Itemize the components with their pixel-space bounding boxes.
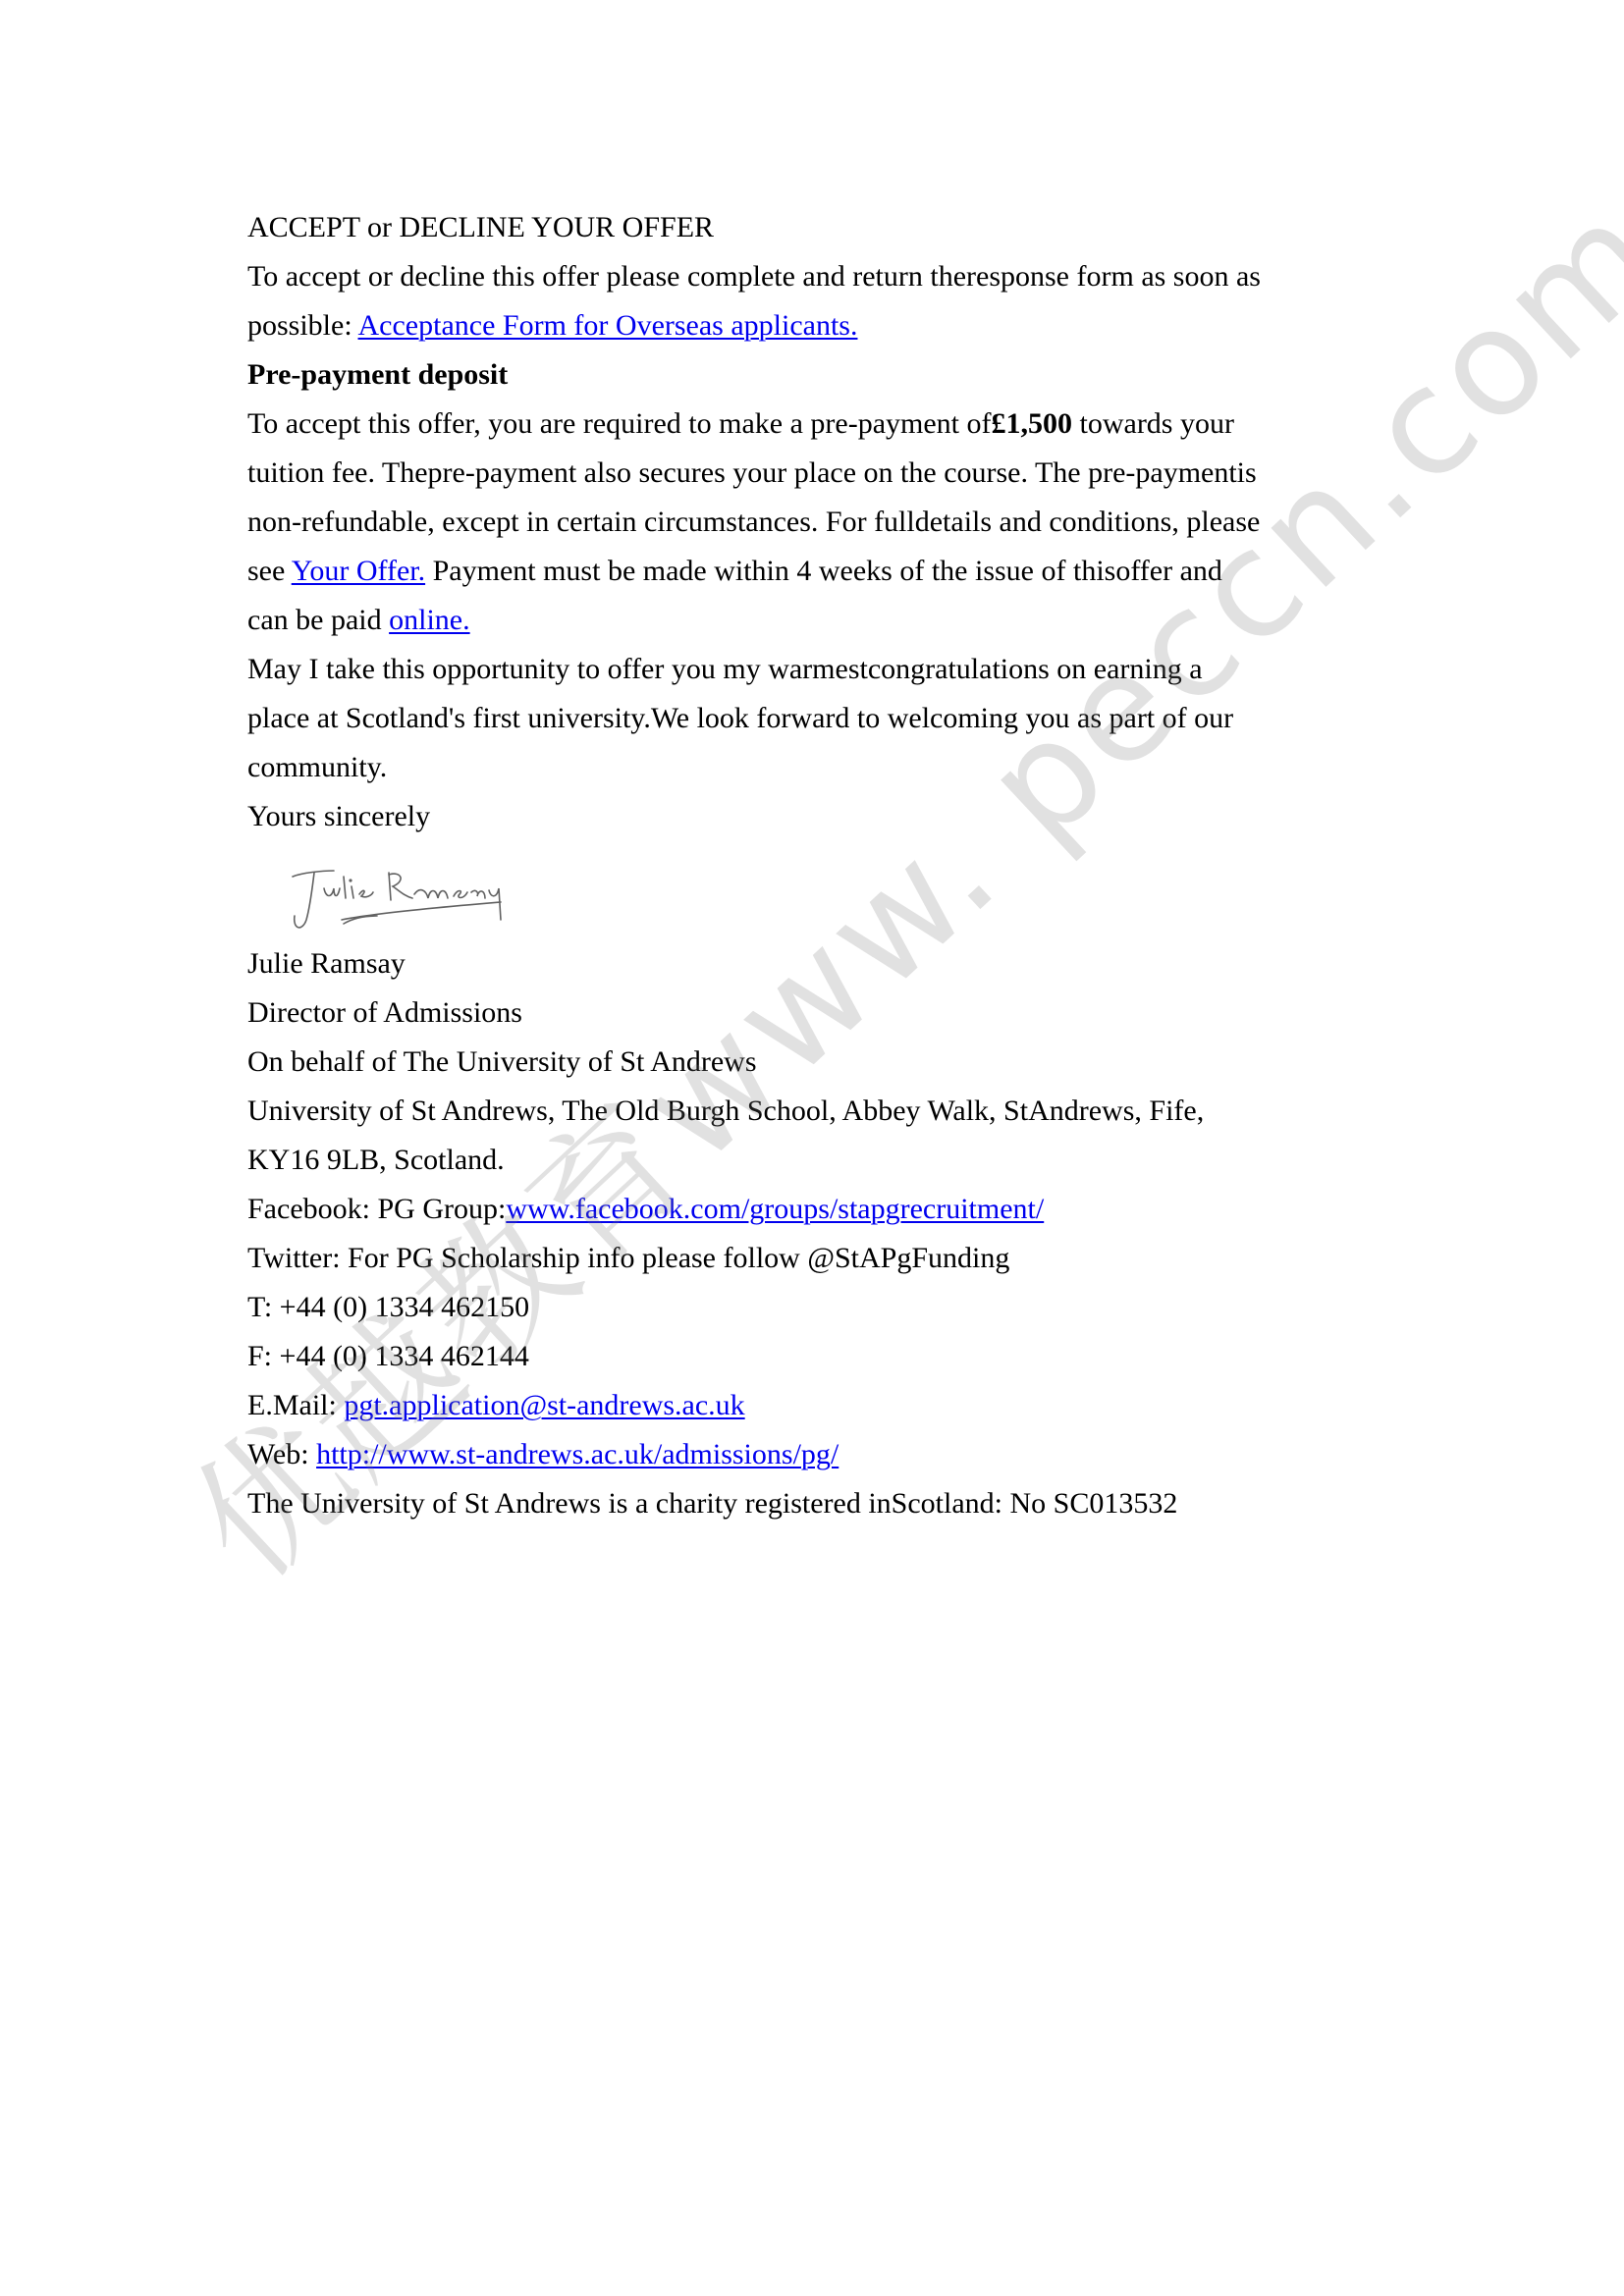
charity-line: The University of St Andrews is a charit…: [247, 1479, 1386, 1528]
deposit-line-4-prefix: see: [247, 555, 292, 587]
accept-intro-line-2: possible: Acceptance Form for Overseas a…: [247, 301, 1386, 350]
facebook-label: Facebook: PG Group:: [247, 1193, 506, 1225]
web-link[interactable]: http://www.st-andrews.ac.uk/admissions/p…: [316, 1438, 839, 1470]
deposit-amount: £1,500: [992, 407, 1073, 440]
signatory-on-behalf: On behalf of The University of St Andrew…: [247, 1038, 1386, 1087]
email-label: E.Mail:: [247, 1389, 344, 1421]
email-line: E.Mail: pgt.application@st-andrews.ac.uk: [247, 1381, 1386, 1430]
facebook-line: Facebook: PG Group:www.facebook.com/grou…: [247, 1185, 1386, 1234]
acceptance-form-link[interactable]: Acceptance Form for Overseas applicants.: [358, 309, 858, 342]
section-heading: ACCEPT or DECLINE YOUR OFFER: [247, 203, 1386, 252]
facebook-link[interactable]: www.facebook.com/groups/stapgrecruitment…: [506, 1193, 1044, 1225]
pay-online-link[interactable]: online.: [389, 604, 470, 636]
deposit-title: Pre-payment deposit: [247, 350, 1386, 400]
congrats-line-2: place at Scotland's first university.We …: [247, 694, 1386, 743]
deposit-line-2: tuition fee. Thepre-payment also secures…: [247, 449, 1386, 498]
accept-intro-line-1: To accept or decline this offer please c…: [247, 252, 1386, 301]
deposit-line-4-suffix: Payment must be made within 4 weeks of t…: [425, 555, 1222, 587]
signature-block: [247, 841, 1386, 939]
web-line: Web: http://www.st-andrews.ac.uk/admissi…: [247, 1430, 1386, 1479]
letter-body: ACCEPT or DECLINE YOUR OFFER To accept o…: [247, 203, 1386, 1528]
deposit-line-4: see Your Offer. Payment must be made wit…: [247, 547, 1386, 596]
deposit-line-1: To accept this offer, you are required t…: [247, 400, 1386, 449]
congrats-line-3: community.: [247, 743, 1386, 792]
your-offer-link[interactable]: Your Offer.: [292, 555, 425, 587]
twitter-line: Twitter: For PG Scholarship info please …: [247, 1234, 1386, 1283]
congrats-line-1: May I take this opportunity to offer you…: [247, 645, 1386, 694]
phone-line: T: +44 (0) 1334 462150: [247, 1283, 1386, 1332]
address-line-2: KY16 9LB, Scotland.: [247, 1136, 1386, 1185]
accept-intro-prefix: possible:: [247, 309, 358, 342]
deposit-line-1-prefix: To accept this offer, you are required t…: [247, 407, 992, 440]
fax-line: F: +44 (0) 1334 462144: [247, 1332, 1386, 1381]
web-label: Web:: [247, 1438, 316, 1470]
signature-icon: [283, 859, 518, 941]
address-line-1: University of St Andrews, The Old Burgh …: [247, 1087, 1386, 1136]
deposit-line-5: can be paid online.: [247, 596, 1386, 645]
closing: Yours sincerely: [247, 792, 1386, 841]
deposit-line-1-suffix: towards your: [1072, 407, 1234, 440]
document-page: ACCEPT or DECLINE YOUR OFFER To accept o…: [0, 0, 1624, 2296]
deposit-line-3: non-refundable, except in certain circum…: [247, 498, 1386, 547]
email-link[interactable]: pgt.application@st-andrews.ac.uk: [344, 1389, 744, 1421]
signatory-title: Director of Admissions: [247, 988, 1386, 1038]
signatory-name: Julie Ramsay: [247, 939, 1386, 988]
deposit-line-5-prefix: can be paid: [247, 604, 389, 636]
